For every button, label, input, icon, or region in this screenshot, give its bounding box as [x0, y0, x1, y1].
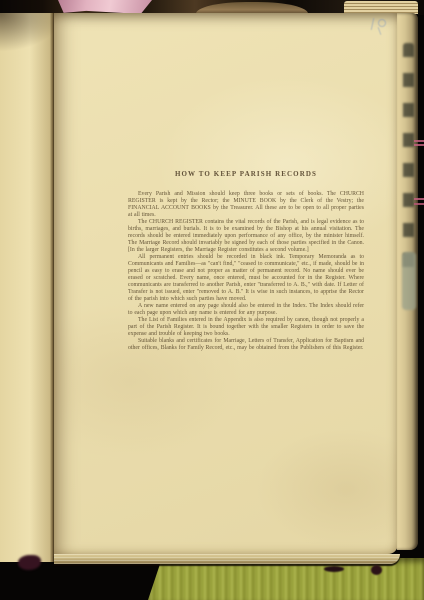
left-page-edge: [0, 13, 54, 562]
printed-text-block: HOW TO KEEP PARISH RECORDS Every Parish …: [128, 170, 364, 352]
paragraph-permanent-entries: All permanent entries should be recorded…: [128, 254, 364, 303]
ink-stain: [324, 566, 344, 572]
paragraph-index: A new name entered on any page should al…: [128, 303, 364, 317]
paragraph-list-of-families: The List of Families entered in the Appe…: [128, 317, 364, 338]
red-pencil-edge-mark: [414, 198, 424, 200]
desk-surface: [148, 558, 424, 600]
page-bottom-edges: [54, 554, 400, 564]
red-pencil-edge-mark: [414, 140, 424, 142]
paragraph-church-register: The CHURCH REGISTER contains the vital r…: [128, 219, 364, 254]
page-title: HOW TO KEEP PARISH RECORDS: [128, 170, 364, 178]
ink-stain: [371, 565, 382, 575]
pink-paper-slip: [58, 0, 152, 14]
book-page: HOW TO KEEP PARISH RECORDS Every Parish …: [54, 13, 398, 554]
fore-edge-grey-patch: [402, 252, 416, 310]
paragraph-blanks-certificates: Suitable blanks and certificates for Mar…: [128, 338, 364, 352]
ink-stain: [18, 555, 41, 570]
book-photo-scene: HOW TO KEEP PARISH RECORDS Every Parish …: [0, 0, 424, 600]
paragraph-books-overview: Every Parish and Mission should keep thr…: [128, 191, 364, 219]
faint-pencil-scribble: [368, 16, 386, 38]
fore-edge-print-smudges: [403, 43, 414, 275]
